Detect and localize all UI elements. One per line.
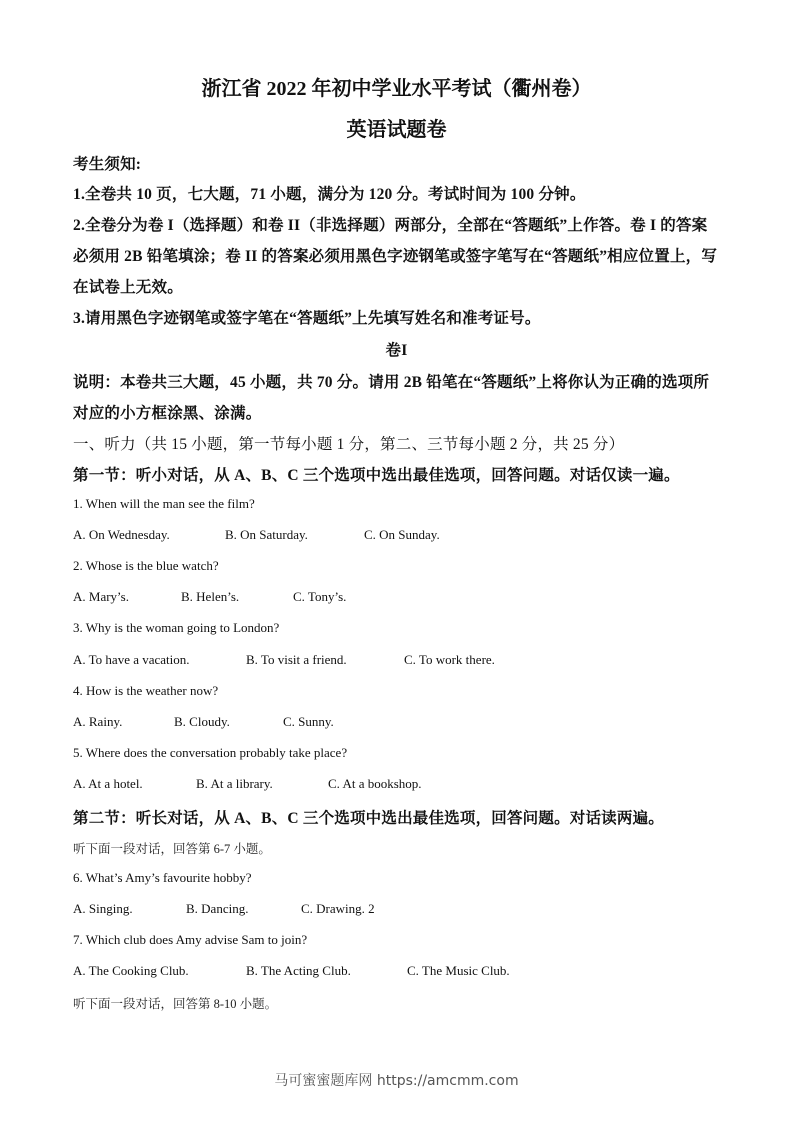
q1-option-c: C. On Sunday. (364, 527, 440, 543)
q2-option-a: A. Mary’s. (73, 589, 129, 605)
q4-option-a: A. Rainy. (73, 714, 122, 730)
watermark-footer: 马可蜜蜜题库网 https://amcmm.com (0, 1070, 793, 1090)
section1-heading: 第一节：听小对话，从 A、B、C 三个选项中选出最佳选项，回答问题。对话仅读一遍… (73, 463, 680, 485)
q2-option-c: C. Tony’s. (293, 589, 346, 605)
q3-option-c: C. To work there. (404, 652, 495, 668)
q6-option-a: A. Singing. (73, 901, 133, 917)
notice-item-1: 1.全卷共 10 页，七大题，71 小题，满分为 120 分。考试时间为 100… (73, 182, 586, 204)
question-1: 1. When will the man see the film? (73, 496, 255, 512)
q6-option-b: B. Dancing. (186, 901, 248, 917)
q2-option-b: B. Helen’s. (181, 589, 239, 605)
instruction-6-7: 听下面一段对话，回答第 6-7 小题。 (73, 839, 271, 857)
q5-option-a: A. At a hotel. (73, 776, 143, 792)
q3-option-a: A. To have a vacation. (73, 652, 190, 668)
notice-item-2-end: 在试卷上无效。 (73, 275, 183, 297)
q4-option-c: C. Sunny. (283, 714, 334, 730)
question-3: 3. Why is the woman going to London? (73, 620, 279, 636)
volume-heading: 卷I (0, 338, 793, 360)
q1-option-a: A. On Wednesday. (73, 527, 170, 543)
exam-subtitle: 英语试题卷 (0, 113, 793, 142)
q7-option-c: C. The Music Club. (407, 963, 510, 979)
instruction-8-10: 听下面一段对话，回答第 8-10 小题。 (73, 994, 277, 1012)
q3-option-b: B. To visit a friend. (246, 652, 347, 668)
notice-item-3: 3.请用黑色字迹钢笔或签字笔在“答题纸”上先填写姓名和准考证号。 (73, 306, 541, 328)
q1-option-b: B. On Saturday. (225, 527, 308, 543)
volume-note-line-2: 对应的小方框涂黑、涂满。 (73, 401, 261, 423)
volume-note-line-1: 说明：本卷共三大题，45 小题，共 70 分。请用 2B 铅笔在“答题纸”上将你… (73, 370, 709, 392)
q7-option-a: A. The Cooking Club. (73, 963, 189, 979)
question-4: 4. How is the weather now? (73, 683, 218, 699)
question-5: 5. Where does the conversation probably … (73, 745, 347, 761)
q5-option-b: B. At a library. (196, 776, 273, 792)
part1-heading: 一、听力（共 15 小题，第一节每小题 1 分，第二、三节每小题 2 分，共 2… (73, 432, 624, 454)
question-6: 6. What’s Amy’s favourite hobby? (73, 870, 251, 886)
question-2: 2. Whose is the blue watch? (73, 558, 219, 574)
section2-heading: 第二节：听长对话，从 A、B、C 三个选项中选出最佳选项，回答问题。对话读两遍。 (73, 806, 664, 828)
question-7: 7. Which club does Amy advise Sam to joi… (73, 932, 307, 948)
q7-option-b: B. The Acting Club. (246, 963, 351, 979)
q5-option-c: C. At a bookshop. (328, 776, 422, 792)
notice-item-2: 2.全卷分为卷 I（选择题）和卷 II（非选择题）两部分，全部在“答题纸”上作答… (73, 213, 707, 235)
exam-title: 浙江省 2022 年初中学业水平考试（衢州卷） (0, 72, 793, 101)
q6-option-c: C. Drawing. 2 (301, 901, 375, 917)
q4-option-b: B. Cloudy. (174, 714, 230, 730)
notice-item-2-cont: 必须用 2B 铅笔填涂；卷 II 的答案必须用黑色字迹钢笔或签字笔写在“答题纸”… (73, 244, 717, 266)
notice-heading: 考生须知: (73, 152, 141, 174)
